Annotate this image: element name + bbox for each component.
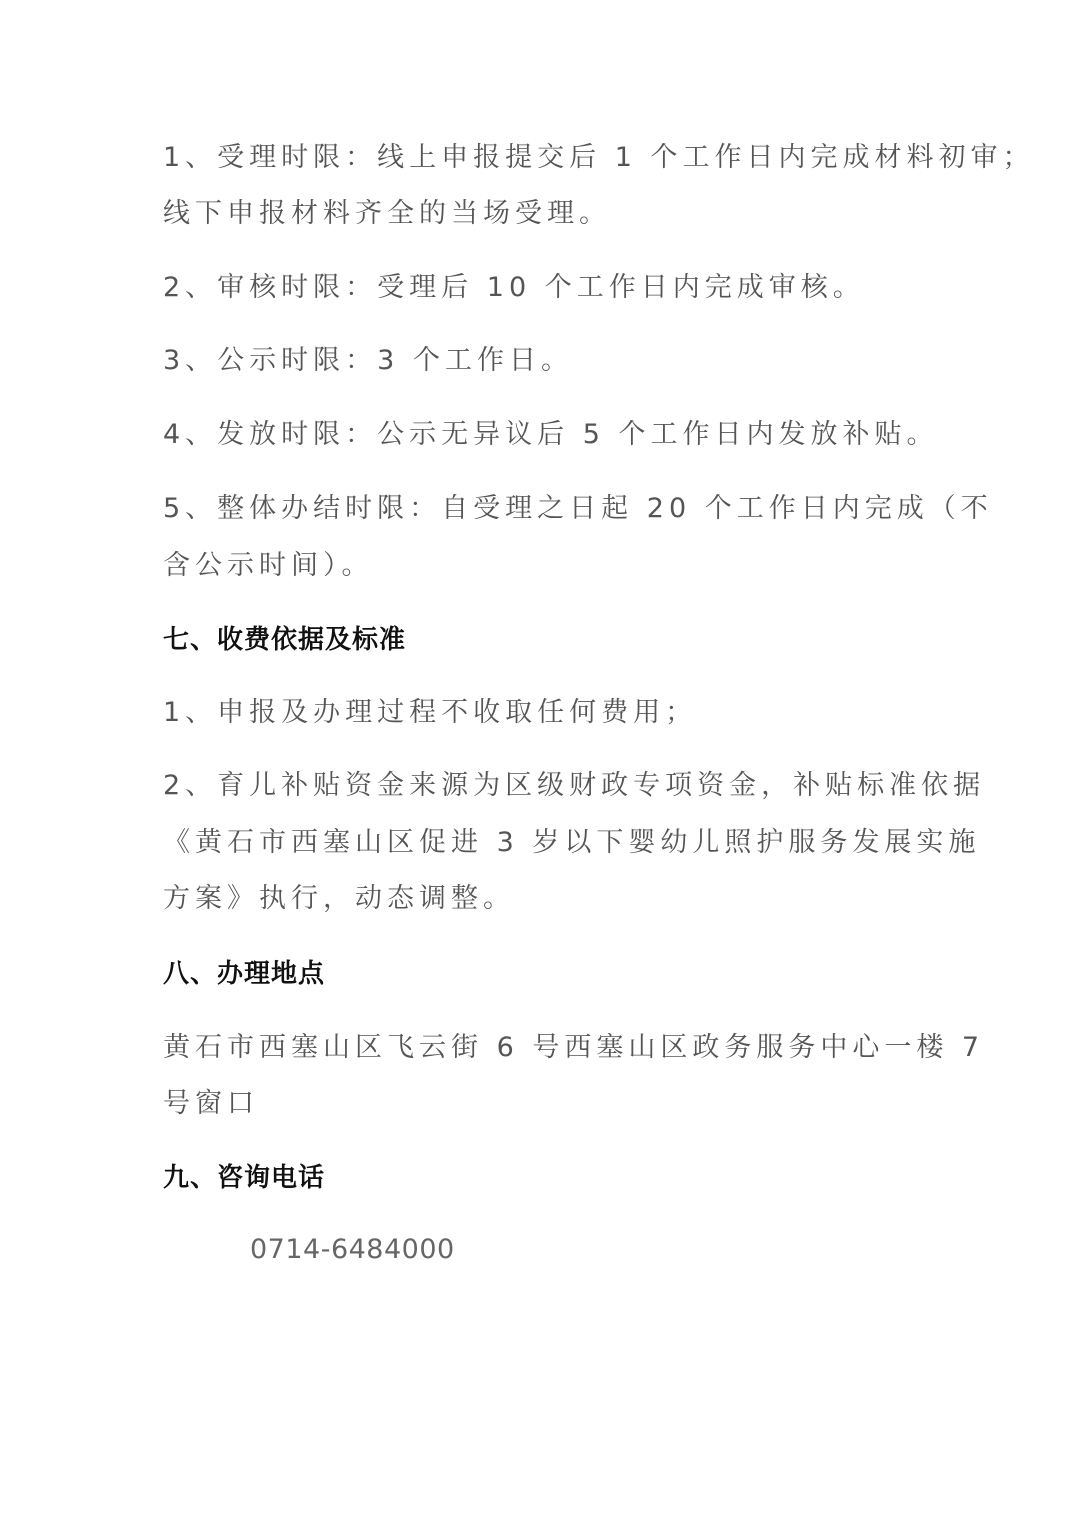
time-limit-item-1-line-2: 线下申报材料齐全的当场受理。: [163, 196, 611, 232]
document-page: 1、受理时限：线上申报提交后 1 个工作日内完成材料初审； 线下申报材料齐全的当…: [0, 0, 1074, 1520]
fee-item-2-line-2: 《黄石市西塞山区促进 3 岁以下婴幼儿照护服务发展实施: [163, 825, 980, 861]
section-8-heading: 八、办理地点: [163, 956, 325, 992]
location-line-1: 黄石市西塞山区飞云街 6 号西塞山区政务服务中心一楼 7: [163, 1030, 984, 1066]
time-limit-item-1-line-1: 1、受理时限：线上申报提交后 1 个工作日内完成材料初审；: [163, 140, 1035, 176]
fee-item-2-line-1: 2、育儿补贴资金来源为区级财政专项资金，补贴标准依据: [163, 768, 985, 804]
section-9-heading: 九、咨询电话: [163, 1160, 325, 1196]
time-limit-item-5-line-2: 含公示时间）。: [163, 548, 374, 584]
section-7-heading: 七、收费依据及标准: [163, 622, 406, 658]
fee-item-2-line-3: 方案》执行，动态调整。: [163, 881, 515, 917]
time-limit-item-2: 2、审核时限：受理后 10 个工作日内完成审核。: [163, 270, 865, 306]
fee-item-1: 1、申报及办理过程不收取任何费用；: [163, 695, 697, 731]
time-limit-item-3: 3、公示时限：3 个工作日。: [163, 343, 573, 379]
time-limit-item-5-line-1: 5、整体办结时限：自受理之日起 20 个工作日内完成（不: [163, 491, 993, 527]
time-limit-item-4: 4、发放时限：公示无异议后 5 个工作日内发放补贴。: [163, 417, 939, 453]
phone-number: 0714-6484000: [250, 1232, 455, 1268]
location-line-2: 号窗口: [163, 1086, 259, 1122]
